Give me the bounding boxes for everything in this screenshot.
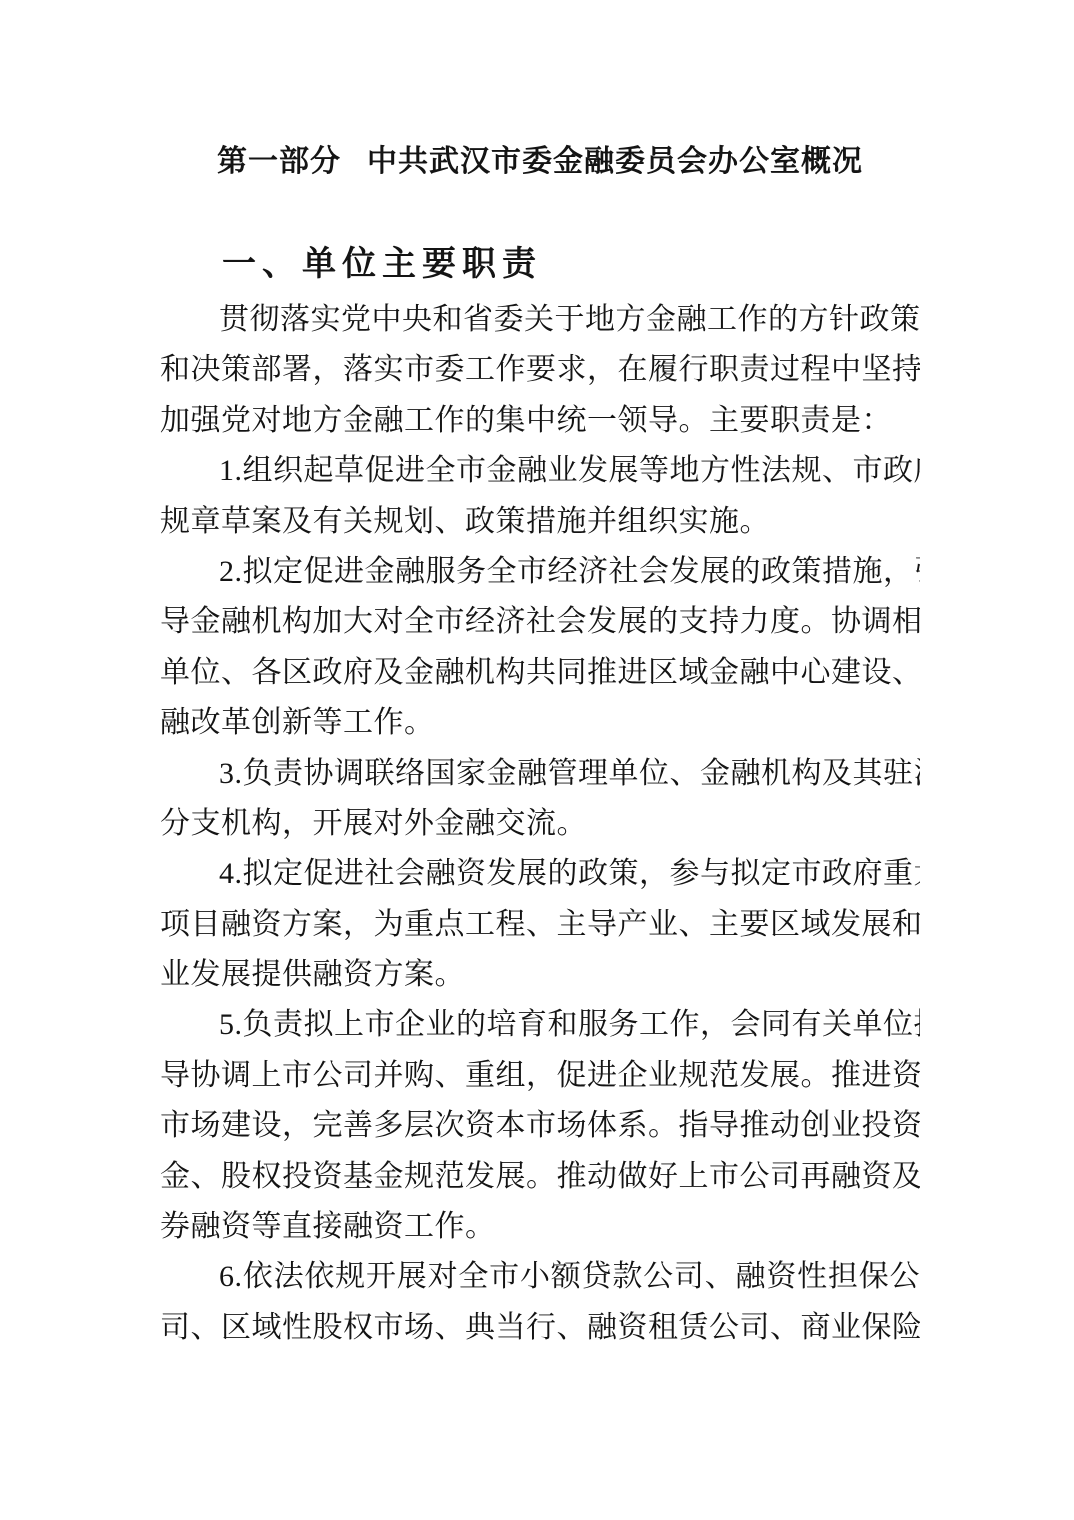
page-title-part2: 中共武汉市委金融委员会办公室概况 bbox=[367, 145, 863, 178]
body-line: 市场建设，完善多层次资本市场体系。指导推动创业投资基 bbox=[160, 1101, 920, 1151]
body-line: 融改革创新等工作。 bbox=[160, 698, 920, 748]
page-title: 第一部分中共武汉市委金融委员会办公室概况 bbox=[160, 145, 920, 179]
body-line: 3.负责协调联络国家金融管理单位、金融机构及其驻汉 bbox=[160, 749, 920, 799]
body-line: 6.依法依规开展对全市小额贷款公司、融资性担保公 bbox=[160, 1252, 920, 1302]
body-line: 贯彻落实党中央和省委关于地方金融工作的方针政策 bbox=[160, 295, 920, 345]
body-line: 项目融资方案，为重点工程、主导产业、主要区域发展和企 bbox=[160, 900, 920, 950]
body-line: 分支机构，开展对外金融交流。 bbox=[160, 799, 920, 849]
body-line: 2.拟定促进金融服务全市经济社会发展的政策措施，引 bbox=[160, 547, 920, 597]
body-text: 贯彻落实党中央和省委关于地方金融工作的方针政策和决策部署，落实市委工作要求，在履… bbox=[160, 295, 920, 1353]
body-line: 加强党对地方金融工作的集中统一领导。主要职责是： bbox=[160, 396, 920, 446]
body-line: 导协调上市公司并购、重组，促进企业规范发展。推进资本 bbox=[160, 1051, 920, 1101]
section-heading: 一、单位主要职责 bbox=[160, 245, 920, 283]
body-line: 5.负责拟上市企业的培育和服务工作，会同有关单位指 bbox=[160, 1000, 920, 1050]
body-line: 业发展提供融资方案。 bbox=[160, 950, 920, 1000]
body-line: 单位、各区政府及金融机构共同推进区域金融中心建设、金 bbox=[160, 648, 920, 698]
body-line: 4.拟定促进社会融资发展的政策，参与拟定市政府重大 bbox=[160, 849, 920, 899]
body-line: 券融资等直接融资工作。 bbox=[160, 1202, 920, 1252]
body-line: 司、区域性股权市场、典当行、融资租赁公司、商业保险公 bbox=[160, 1303, 920, 1353]
document-page: 第一部分中共武汉市委金融委员会办公室概况 一、单位主要职责 贯彻落实党中央和省委… bbox=[0, 0, 1074, 1520]
body-line: 导金融机构加大对全市经济社会发展的支持力度。协调相关 bbox=[160, 597, 920, 647]
body-line: 1.组织起草促进全市金融业发展等地方性法规、市政府 bbox=[160, 446, 920, 496]
body-line: 金、股权投资基金规范发展。推动做好上市公司再融资及债 bbox=[160, 1152, 920, 1202]
body-line: 和决策部署，落实市委工作要求，在履行职责过程中坚持和 bbox=[160, 345, 920, 395]
body-line: 规章草案及有关规划、政策措施并组织实施。 bbox=[160, 497, 920, 547]
page-title-part1: 第一部分 bbox=[217, 145, 341, 178]
